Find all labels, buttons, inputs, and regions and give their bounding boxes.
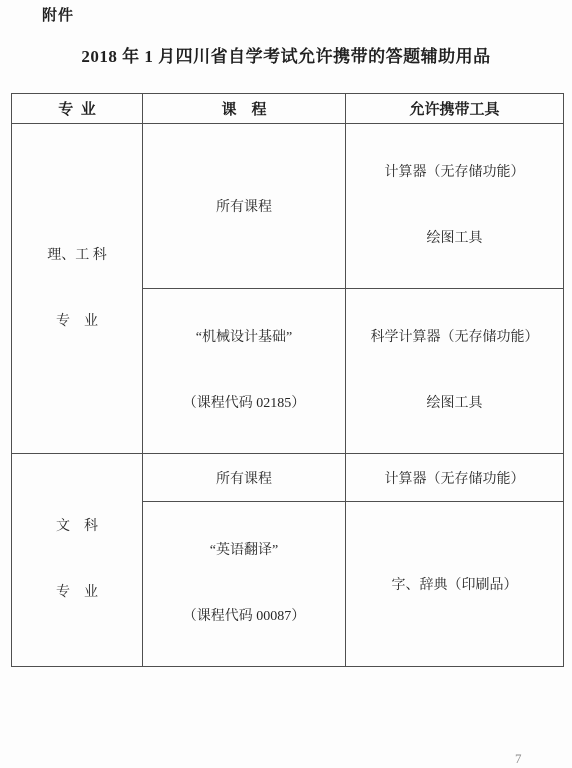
cell-science-all-tools: 计算器（无存储功能） 绘图工具	[346, 124, 564, 289]
cell-text-line: 专 业	[12, 576, 142, 610]
document-page: 附件 2018 年 1 月四川省自学考试允许携带的答题辅助用品 专 业 课 程 …	[0, 0, 572, 768]
cell-text-line: 文 科	[12, 510, 142, 544]
cell-text-line: 计算器（无存储功能）	[346, 156, 563, 190]
cell-text-line: （课程代码 02185）	[143, 387, 345, 421]
cell-text-line: “英语翻译”	[143, 534, 345, 568]
cell-liberal-major: 文 科 专 业	[12, 454, 143, 667]
table-header-row: 专 业 课 程 允许携带工具	[12, 94, 564, 124]
cell-science-major: 理、工 科 专 业	[12, 124, 143, 454]
cell-text-line: 绘图工具	[346, 387, 563, 421]
col-header-course: 课 程	[143, 94, 346, 124]
page-title: 2018 年 1 月四川省自学考试允许携带的答题辅助用品	[0, 42, 572, 67]
cell-text-line: 科学计算器（无存储功能）	[346, 321, 563, 355]
cell-english-course: “英语翻译” （课程代码 00087）	[143, 502, 346, 667]
cell-text-line: 绘图工具	[346, 222, 563, 256]
exam-aids-table: 专 业 课 程 允许携带工具 理、工 科 专 业 所有课程 计算器（无存储功能）…	[11, 93, 564, 667]
col-header-tools: 允许携带工具	[346, 94, 564, 124]
cell-science-all-courses: 所有课程	[143, 124, 346, 289]
cell-text-line: 理、工 科	[12, 239, 142, 273]
cell-text-line: （课程代码 00087）	[143, 600, 345, 634]
cell-text-line: “机械设计基础”	[143, 321, 345, 355]
cell-text-line: 专 业	[12, 305, 142, 339]
attachment-label: 附件	[42, 4, 74, 25]
cell-liberal-all-courses: 所有课程	[143, 454, 346, 502]
cell-mech-course: “机械设计基础” （课程代码 02185）	[143, 289, 346, 454]
cell-mech-tools: 科学计算器（无存储功能） 绘图工具	[346, 289, 564, 454]
page-number: 7	[515, 751, 522, 767]
col-header-major: 专 业	[12, 94, 143, 124]
cell-liberal-all-tools: 计算器（无存储功能）	[346, 454, 564, 502]
table-row: 理、工 科 专 业 所有课程 计算器（无存储功能） 绘图工具	[12, 124, 564, 289]
cell-english-tools: 字、辞典（印刷品）	[346, 502, 564, 667]
table-row: 文 科 专 业 所有课程 计算器（无存储功能）	[12, 454, 564, 502]
